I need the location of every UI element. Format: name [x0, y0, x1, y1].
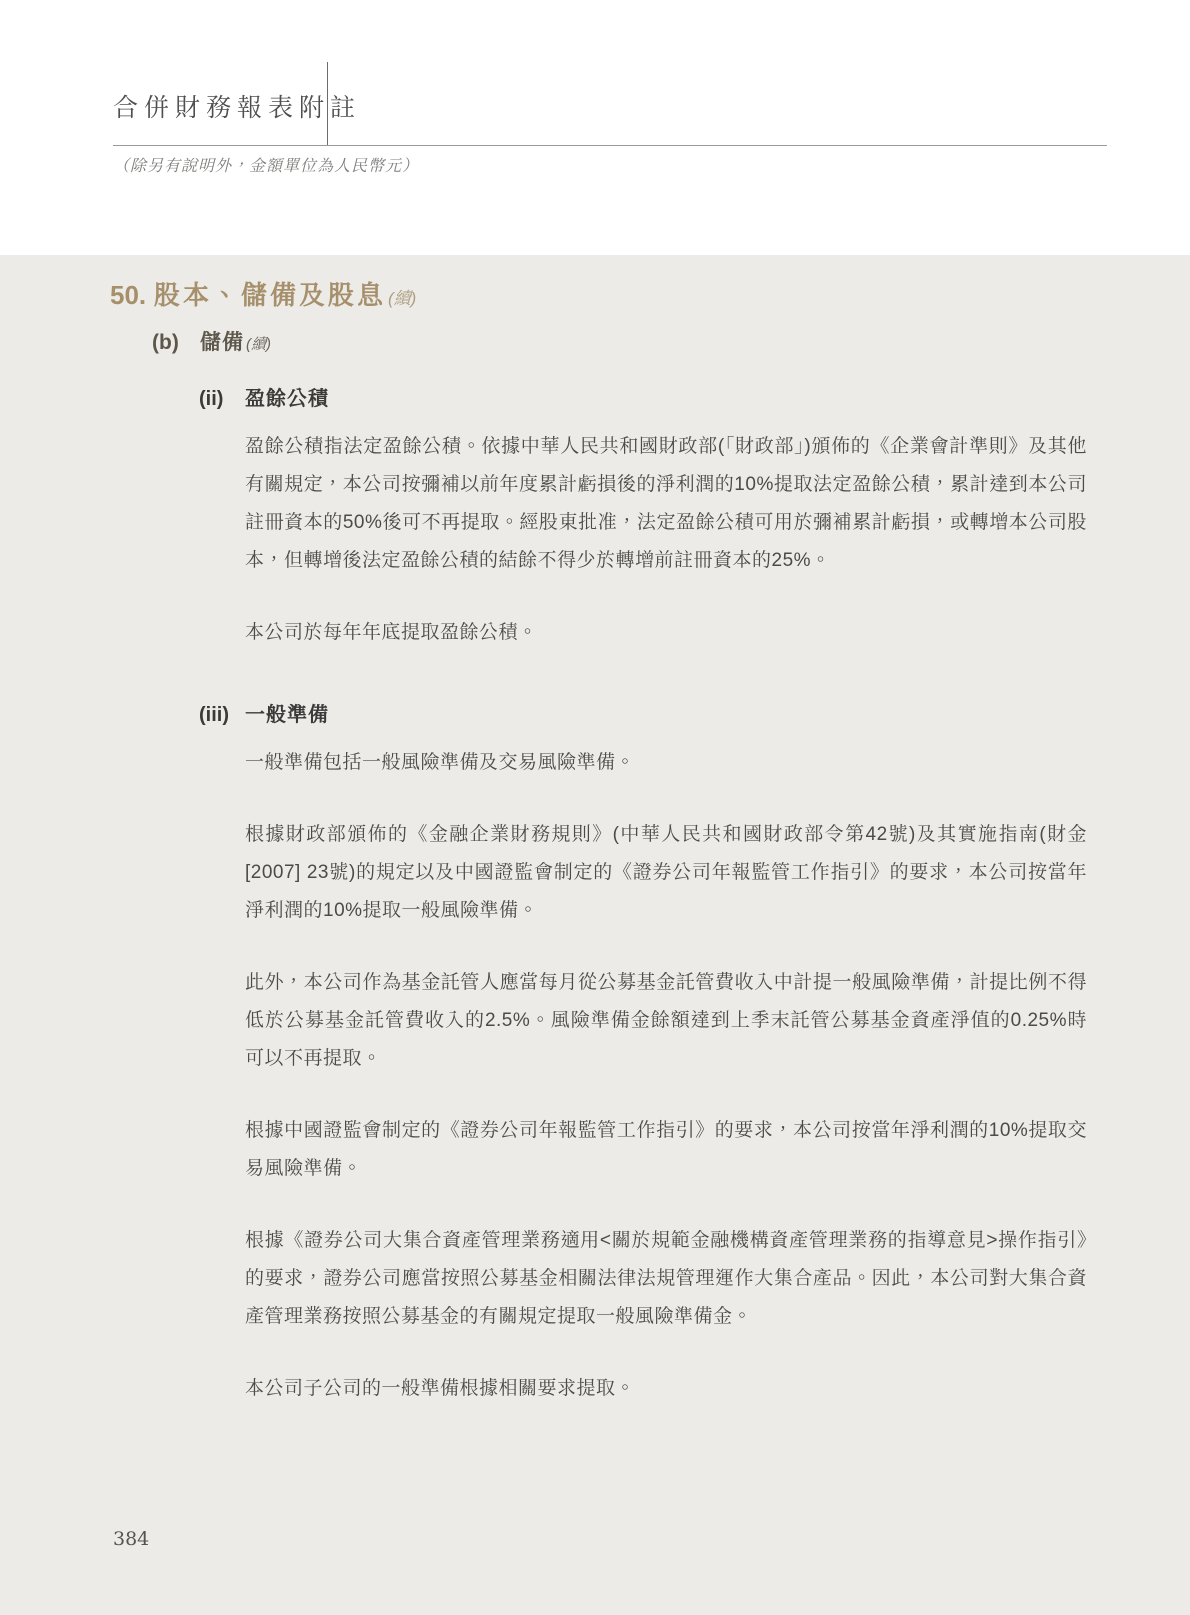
note-block-label: (ii) [199, 388, 245, 411]
document-page: 合併財務報表附註 （除另有說明外，金額單位為人民幣元） 50. 股本、儲備及股息… [0, 0, 1190, 1615]
currency-note: （除另有說明外，金額單位為人民幣元） [113, 153, 419, 176]
paragraph: 此外，本公司作為基金託管人應當每月從公募基金託管費收入中計提一般風險準備，計提比… [245, 964, 1087, 1078]
paragraph: 一般準備包括一般風險準備及交易風險準備。 [245, 744, 1087, 782]
page-header: 合併財務報表附註 （除另有說明外，金額單位為人民幣元） [0, 0, 1190, 255]
section-heading: 50. 股本、儲備及股息 (續) [110, 275, 1190, 312]
section-title: 股本、儲備及股息 [154, 275, 386, 312]
paragraph: 本公司子公司的一般準備根據相關要求提取。 [245, 1370, 1087, 1408]
subsection-title: 儲備 [200, 326, 244, 356]
paragraph: 根據中國證監會制定的《證券公司年報監管工作指引》的要求，本公司按當年淨利潤的10… [245, 1112, 1087, 1188]
subsection-label: (b) [152, 331, 200, 355]
header-vertical-divider [327, 62, 328, 146]
page-number: 384 [113, 1528, 149, 1550]
paragraph: 本公司於每年年底提取盈餘公積。 [245, 614, 1087, 652]
note-block-label: (iii) [199, 704, 245, 727]
note-block-general-reserve: (iii) 一般準備 一般準備包括一般風險準備及交易風險準備。 根據財政部頒佈的… [199, 698, 1190, 1408]
section-number: 50. [110, 280, 154, 311]
section-continued-marker: (續) [388, 284, 416, 309]
content-area: 50. 股本、儲備及股息 (續) (b) 儲備 (續) (ii) 盈餘公積 盈餘… [0, 255, 1190, 1615]
note-block-surplus-reserve: (ii) 盈餘公積 盈餘公積指法定盈餘公積。依據中華人民共和國財政部(「財政部」… [199, 382, 1190, 652]
note-block-title: 一般準備 [245, 698, 329, 727]
note-block-body: 一般準備包括一般風險準備及交易風險準備。 根據財政部頒佈的《金融企業財務規則》(… [245, 744, 1087, 1408]
note-block-heading-row: (ii) 盈餘公積 [199, 382, 1190, 411]
note-block-heading-row: (iii) 一般準備 [199, 698, 1190, 727]
subsection-continued-marker: (續) [246, 333, 271, 354]
paragraph: 根據財政部頒佈的《金融企業財務規則》(中華人民共和國財政部令第42號)及其實施指… [245, 816, 1087, 930]
header-horizontal-rule [113, 145, 1107, 146]
paragraph: 根據《證券公司大集合資產管理業務適用<關於規範金融機構資產管理業務的指導意見>操… [245, 1222, 1087, 1336]
note-block-title: 盈餘公積 [245, 382, 329, 411]
note-block-body: 盈餘公積指法定盈餘公積。依據中華人民共和國財政部(「財政部」)頒佈的《企業會計準… [245, 428, 1087, 652]
subsection-heading: (b) 儲備 (續) [152, 326, 1190, 356]
paragraph: 盈餘公積指法定盈餘公積。依據中華人民共和國財政部(「財政部」)頒佈的《企業會計準… [245, 428, 1087, 580]
report-title: 合併財務報表附註 [113, 88, 361, 124]
